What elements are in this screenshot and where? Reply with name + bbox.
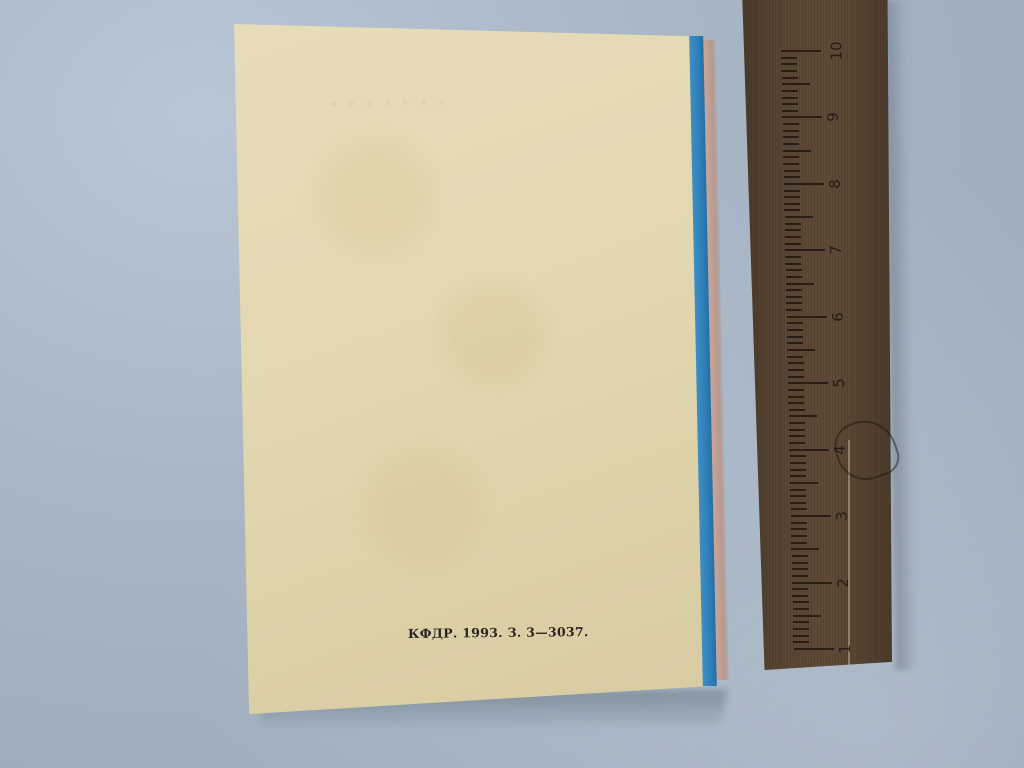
ruler-tick (783, 123, 799, 125)
ruler-tick (781, 50, 821, 52)
ruler-tick (788, 369, 804, 371)
ruler-tick (787, 316, 827, 318)
ruler-tick (789, 429, 805, 431)
ruler-tick (790, 502, 806, 504)
ruler-number: 7 (827, 246, 845, 256)
ruler-tick (790, 482, 818, 484)
ruler-tick (785, 236, 801, 238)
booklet-back-cover (234, 24, 706, 714)
ruler-number: 8 (826, 179, 844, 189)
ruler-tick (786, 269, 802, 271)
ruler-tick (789, 422, 805, 424)
ruler-tick (792, 555, 808, 557)
ruler-tick (784, 196, 800, 198)
ruler-tick (793, 601, 809, 603)
ruler-tick (789, 449, 829, 451)
ruler-tick (790, 489, 806, 491)
ruler-tick (786, 283, 814, 285)
ruler-tick (788, 402, 804, 404)
ruler-tick (783, 150, 811, 152)
ruler-number: 6 (828, 312, 846, 322)
ruler-tick (782, 90, 798, 92)
ruler-tick (785, 256, 801, 258)
ruler-tick (788, 396, 804, 398)
ruler-tick (790, 455, 806, 457)
ruler-number: 9 (824, 113, 842, 123)
ruler-tick (790, 475, 806, 477)
ruler-tick (792, 588, 808, 590)
ruler-tick (791, 535, 807, 537)
ruler-tick (786, 276, 802, 278)
ruler-number: 1 (835, 644, 853, 654)
ruler-tick (794, 648, 834, 650)
ruler-tick (782, 103, 798, 105)
ruler-tick (793, 615, 821, 617)
ruler-tick (790, 469, 806, 471)
ruler-tick (784, 209, 800, 211)
ruler-number: 4 (831, 445, 849, 455)
ruler-tick (789, 442, 805, 444)
ruler-tick (791, 548, 819, 550)
faint-show-through-text: · · · · · · · (330, 91, 447, 118)
ruler-tick (788, 389, 804, 391)
ruler-tick (787, 336, 803, 338)
ruler-tick (791, 542, 807, 544)
ruler-tick (793, 635, 809, 637)
ruler-tick (781, 57, 797, 59)
ruler-tick (789, 415, 817, 417)
ruler-tick (782, 116, 822, 118)
ruler-tick (788, 376, 804, 378)
ruler-tick (786, 302, 802, 304)
ruler-tick (792, 595, 808, 597)
ruler-tick (784, 183, 824, 185)
ruler-tick (791, 515, 831, 517)
ruler-tick (792, 575, 808, 577)
ruler-tick (792, 582, 832, 584)
ruler-tick (781, 63, 797, 65)
ruler-tick (786, 289, 802, 291)
ruler-tick (793, 608, 809, 610)
ruler-tick (783, 143, 799, 145)
ruler-number: 3 (833, 511, 851, 521)
ruler-tick (792, 562, 808, 564)
ruler-tick (793, 641, 809, 643)
ruler-tick (784, 190, 800, 192)
ruler-tick (785, 229, 801, 231)
ruler-tick (792, 568, 808, 570)
ruler-tick (788, 362, 804, 364)
ruler-tick (781, 70, 797, 72)
ruler-tick (791, 522, 807, 524)
ruler-tick (783, 156, 799, 158)
ruler-tick (789, 409, 805, 411)
ruler-tick (787, 329, 803, 331)
ruler-tick (786, 296, 802, 298)
ruler-tick (782, 83, 810, 85)
ruler-tick (788, 382, 828, 384)
ruler-number: 2 (834, 578, 852, 588)
ruler-tick (787, 342, 803, 344)
ruler-tick (783, 136, 799, 138)
ruler-tick (785, 243, 801, 245)
ruler-tick (793, 621, 809, 623)
ruler-tick (786, 309, 802, 311)
ruler-tick (785, 263, 801, 265)
ruler-tick (787, 322, 803, 324)
ruler-tick (785, 216, 813, 218)
ruler-tick (785, 223, 801, 225)
ruler-tick (782, 110, 798, 112)
ruler-tick (790, 495, 806, 497)
ruler-tick (789, 435, 805, 437)
ruler-tick (784, 170, 800, 172)
ruler-number: 5 (830, 378, 848, 388)
ruler-tick (791, 528, 807, 530)
ruler-scale: 10987654321 (742, 0, 902, 670)
ruler-tick (790, 462, 806, 464)
ruler-tick (791, 508, 807, 510)
ruler-tick (783, 130, 799, 132)
ruler-number: 10 (828, 41, 846, 60)
ruler-tick (782, 77, 798, 79)
ruler-tick (793, 628, 809, 630)
ruler-tick (783, 163, 799, 165)
ruler-tick (785, 249, 825, 251)
ruler-tick (784, 176, 800, 178)
ruler-tick (787, 349, 815, 351)
ruler-tick (782, 97, 798, 99)
imprint-text: КФДР. 1993. З. 3—3037. (408, 624, 589, 641)
ruler-tick (784, 203, 800, 205)
ruler-tick (787, 356, 803, 358)
